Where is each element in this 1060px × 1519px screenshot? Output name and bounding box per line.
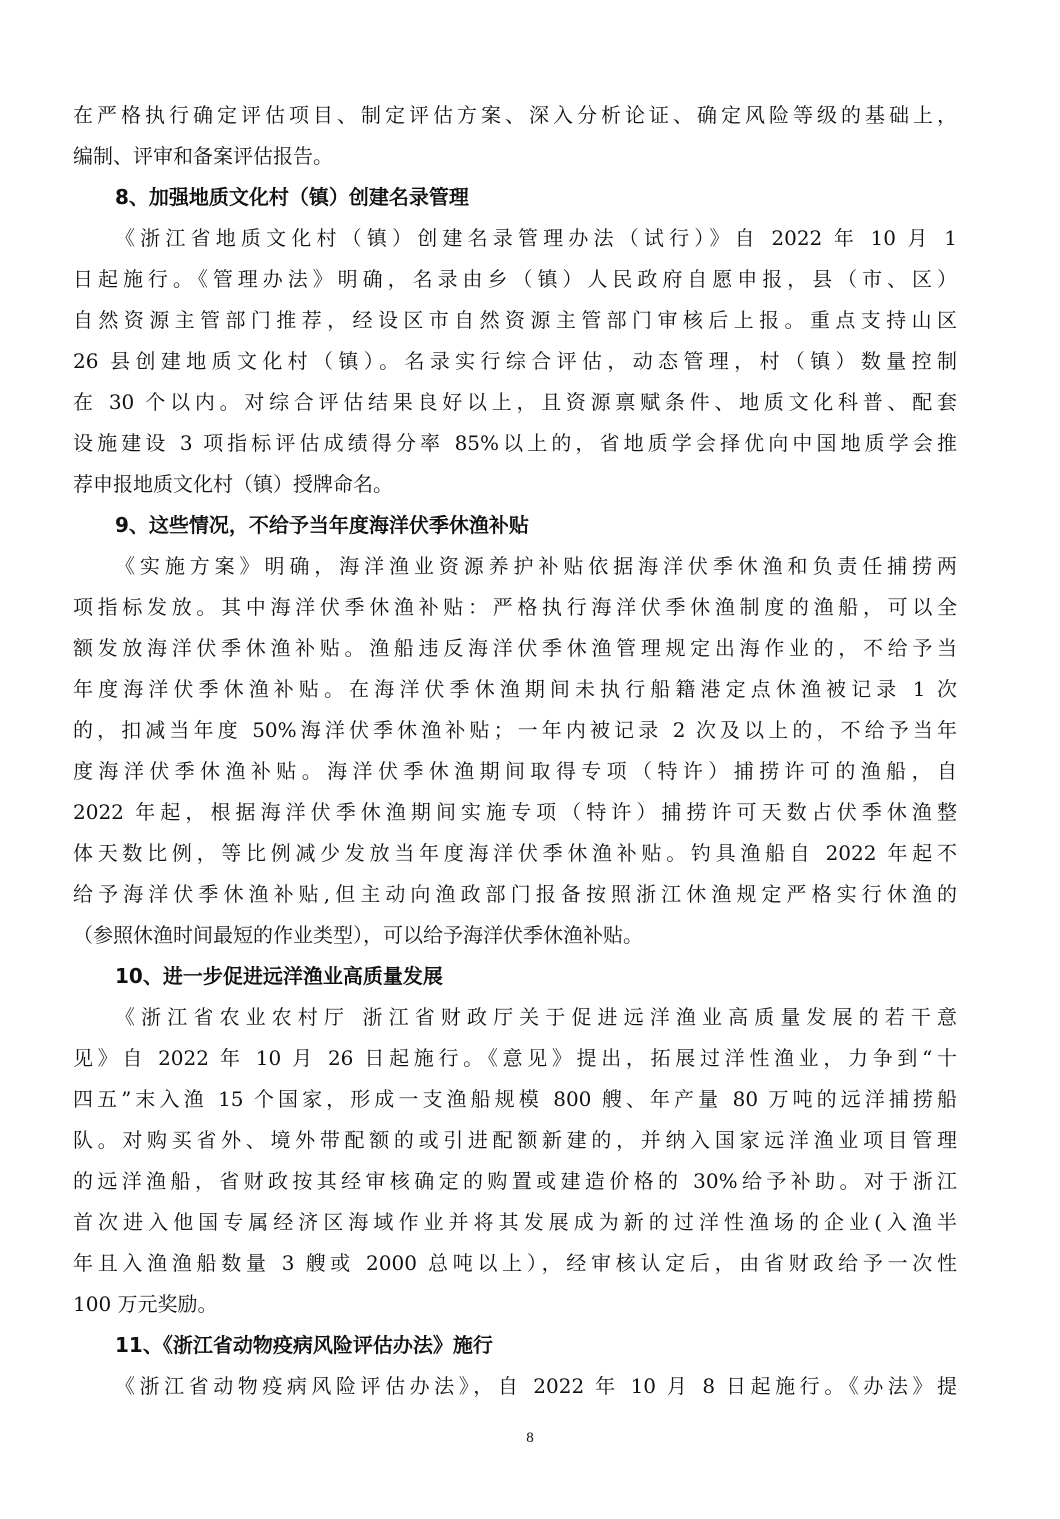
paragraph-line: 日起施行。《管理办法》明确，名录由乡（镇）人民政府自愿申报，县（市、区） xyxy=(73,259,957,300)
paragraph-line: 度海洋伏季休渔补贴。海洋伏季休渔期间取得专项（特许）捕捞许可的渔船，自 xyxy=(73,751,957,792)
paragraph-line: 2022 年起，根据海洋伏季休渔期间实施专项（特许）捕捞许可天数占伏季休渔整 xyxy=(73,792,957,833)
paragraph-line: 在严格执行确定评估项目、制定评估方案、深入分析论证、确定风险等级的基础上， xyxy=(73,95,957,136)
paragraph-line: 的远洋渔船，省财政按其经审核确定的购置或建造价格的 30%给予补助。对于浙江 xyxy=(73,1161,957,1202)
paragraph-line: 荐申报地质文化村（镇）授牌命名。 xyxy=(73,464,393,505)
paragraph-line: 项指标发放。其中海洋伏季休渔补贴：严格执行海洋伏季休渔制度的渔船，可以全 xyxy=(73,587,957,628)
paragraph-line: 的，扣减当年度 50%海洋伏季休渔补贴；一年内被记录 2 次及以上的，不给予当年 xyxy=(73,710,957,751)
paragraph-line: 26 县创建地质文化村（镇）。名录实行综合评估，动态管理，村（镇）数量控制 xyxy=(73,341,957,382)
section-heading: 11、《浙江省动物疫病风险评估办法》施行 xyxy=(115,1325,493,1366)
paragraph-line: 见》自 2022 年 10 月 26 日起施行。《意见》提出，拓展过洋性渔业，力… xyxy=(73,1038,957,1079)
paragraph-line: 额发放海洋伏季休渔补贴。渔船违反海洋伏季休渔管理规定出海作业的，不给予当 xyxy=(73,628,957,669)
paragraph-line: 年度海洋伏季休渔补贴。在海洋伏季休渔期间未执行船籍港定点休渔被记录 1 次 xyxy=(73,669,957,710)
paragraph-line: 《浙江省动物疫病风险评估办法》，自 2022 年 10 月 8 日起施行。《办法… xyxy=(115,1366,957,1407)
paragraph-line: 《浙江省地质文化村（镇）创建名录管理办法（试行）》自 2022 年 10 月 1 xyxy=(115,218,957,259)
section-heading: 9、这些情况，不给予当年度海洋伏季休渔补贴 xyxy=(115,505,529,546)
section-heading: 8、加强地质文化村（镇）创建名录管理 xyxy=(115,177,469,218)
paragraph-line: （参照休渔时间最短的作业类型），可以给予海洋伏季休渔补贴。 xyxy=(73,915,643,956)
paragraph-line: 自然资源主管部门推荐，经设区市自然资源主管部门审核后上报。重点支持山区 xyxy=(73,300,957,341)
page-number: 8 xyxy=(0,1430,1060,1447)
section-heading: 10、进一步促进远洋渔业高质量发展 xyxy=(115,956,443,997)
paragraph-line: 队。对购买省外、境外带配额的或引进配额新建的，并纳入国家远洋渔业项目管理 xyxy=(73,1120,957,1161)
paragraph-line: 四五”末入渔 15 个国家，形成一支渔船规模 800 艘、年产量 80 万吨的远… xyxy=(73,1079,957,1120)
paragraph-line: 在 30 个以内。对综合评估结果良好以上，且资源禀赋条件、地质文化科普、配套 xyxy=(73,382,957,423)
paragraph-line: 编制、评审和备案评估报告。 xyxy=(73,136,333,177)
paragraph-line: 设施建设 3 项指标评估成绩得分率 85%以上的，省地质学会择优向中国地质学会推 xyxy=(73,423,957,464)
paragraph-line: 给予海洋伏季休渔补贴,但主动向渔政部门报备按照浙江休渔规定严格实行休渔的 xyxy=(73,874,957,915)
paragraph-line: 首次进入他国专属经济区海域作业并将其发展成为新的过洋性渔场的企业(入渔半 xyxy=(73,1202,957,1243)
paragraph-line: 100 万元奖励。 xyxy=(73,1284,218,1325)
paragraph-line: 年且入渔渔船数量 3 艘或 2000 总吨以上），经审核认定后，由省财政给予一次… xyxy=(73,1243,957,1284)
paragraph-line: 《浙江省农业农村厅 浙江省财政厅关于促进远洋渔业高质量发展的若干意 xyxy=(115,997,957,1038)
paragraph-line: 体天数比例，等比例减少发放当年度海洋伏季休渔补贴。钓具渔船自 2022 年起不 xyxy=(73,833,957,874)
paragraph-line: 《实施方案》明确，海洋渔业资源养护补贴依据海洋伏季休渔和负责任捕捞两 xyxy=(115,546,957,587)
